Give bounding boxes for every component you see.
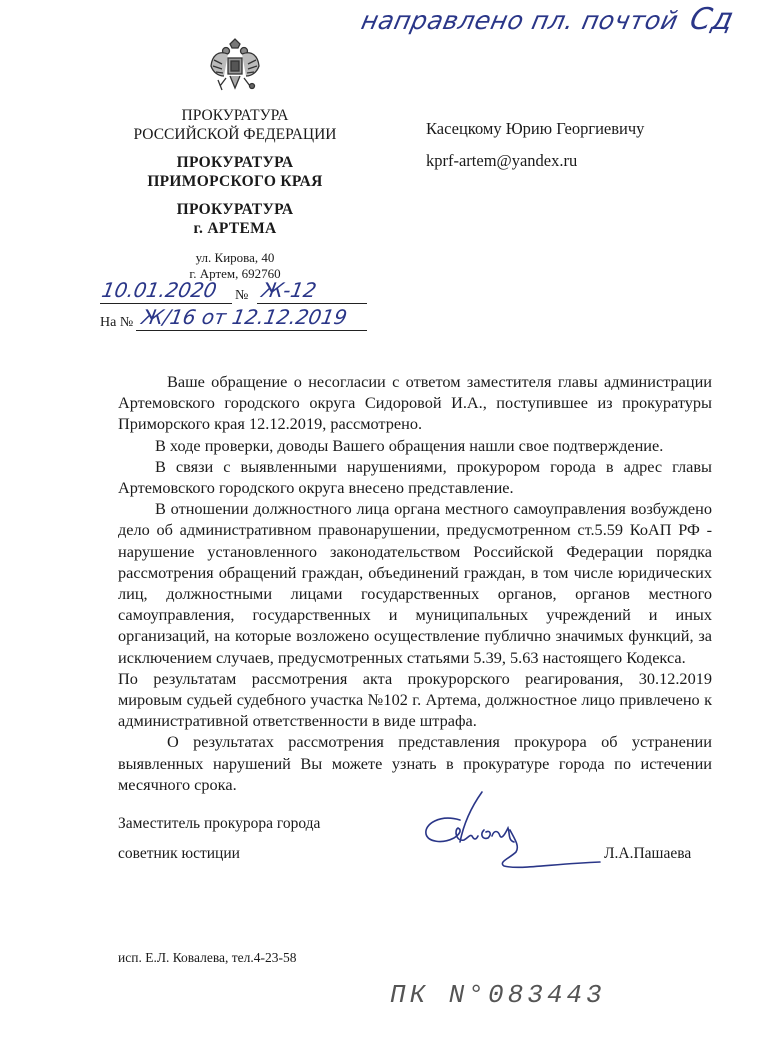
letterhead-line: ПРОКУРАТУРА (110, 106, 360, 125)
letterhead-line: ПРИМОРСКОГО КРАЯ (110, 172, 360, 191)
letterhead-line: ПРОКУРАТУРА (110, 153, 360, 172)
recipient-email: kprf-artem@yandex.ru (426, 145, 644, 177)
paragraph: О результатах рассмотрения представления… (118, 731, 712, 795)
letter-body: Ваше обращение о несогласии с ответом за… (118, 371, 712, 795)
executor-info: исп. Е.Л. Ковалева, тел.4-23-58 (118, 950, 297, 966)
recipient-name: Касецкому Юрию Георгиевичу (426, 113, 644, 145)
registration-date: 10.01.2020 (100, 278, 219, 302)
reply-to-value: Ж/16 от 12.12.2019 (140, 305, 349, 329)
signatory-title: Заместитель прокурора города (118, 815, 320, 833)
letterhead: ПРОКУРАТУРА РОССИЙСКОЙ ФЕДЕРАЦИИ ПРОКУРА… (110, 106, 360, 282)
letterhead-line: РОССИЙСКОЙ ФЕДЕРАЦИИ (110, 125, 360, 144)
handwritten-initials: Сд (687, 2, 737, 37)
recipient-block: Касецкому Юрию Георгиевичу kprf-artem@ya… (426, 113, 644, 177)
number-label: № (235, 288, 248, 304)
registration-date-number: 10.01.2020 № Ж-12 (100, 279, 370, 305)
letterhead-line: ПРОКУРАТУРА (110, 200, 360, 219)
russian-coat-of-arms-icon (208, 36, 262, 96)
paragraph: В ходе проверки, доводы Вашего обращения… (118, 435, 712, 456)
registration-number: Ж-12 (260, 278, 318, 302)
paragraph: В связи с выявленными нарушениями, проку… (118, 456, 712, 498)
paragraph: По результатам рассмотрения акта прокуро… (118, 668, 712, 732)
signatory-name: Л.А.Пашаева (604, 845, 691, 863)
form-serial-number: ПК N°083443 (390, 980, 606, 1010)
address-street: ул. Кирова, 40 (110, 250, 360, 266)
handwritten-note-top: направлено пл. почтой Сд (358, 2, 737, 37)
letterhead-line: г. АРТЕМА (110, 219, 360, 238)
paragraph: Ваше обращение о несогласии с ответом за… (118, 371, 712, 435)
reply-to-label: На № (100, 315, 133, 331)
signatory-rank: советник юстиции (118, 845, 240, 863)
handwritten-signature (420, 790, 610, 875)
paragraph: В отношении должностного лица органа мес… (118, 498, 712, 668)
handwritten-note-text: направлено пл. почтой (359, 6, 681, 35)
registration-reply-to: На № Ж/16 от 12.12.2019 (100, 306, 370, 332)
